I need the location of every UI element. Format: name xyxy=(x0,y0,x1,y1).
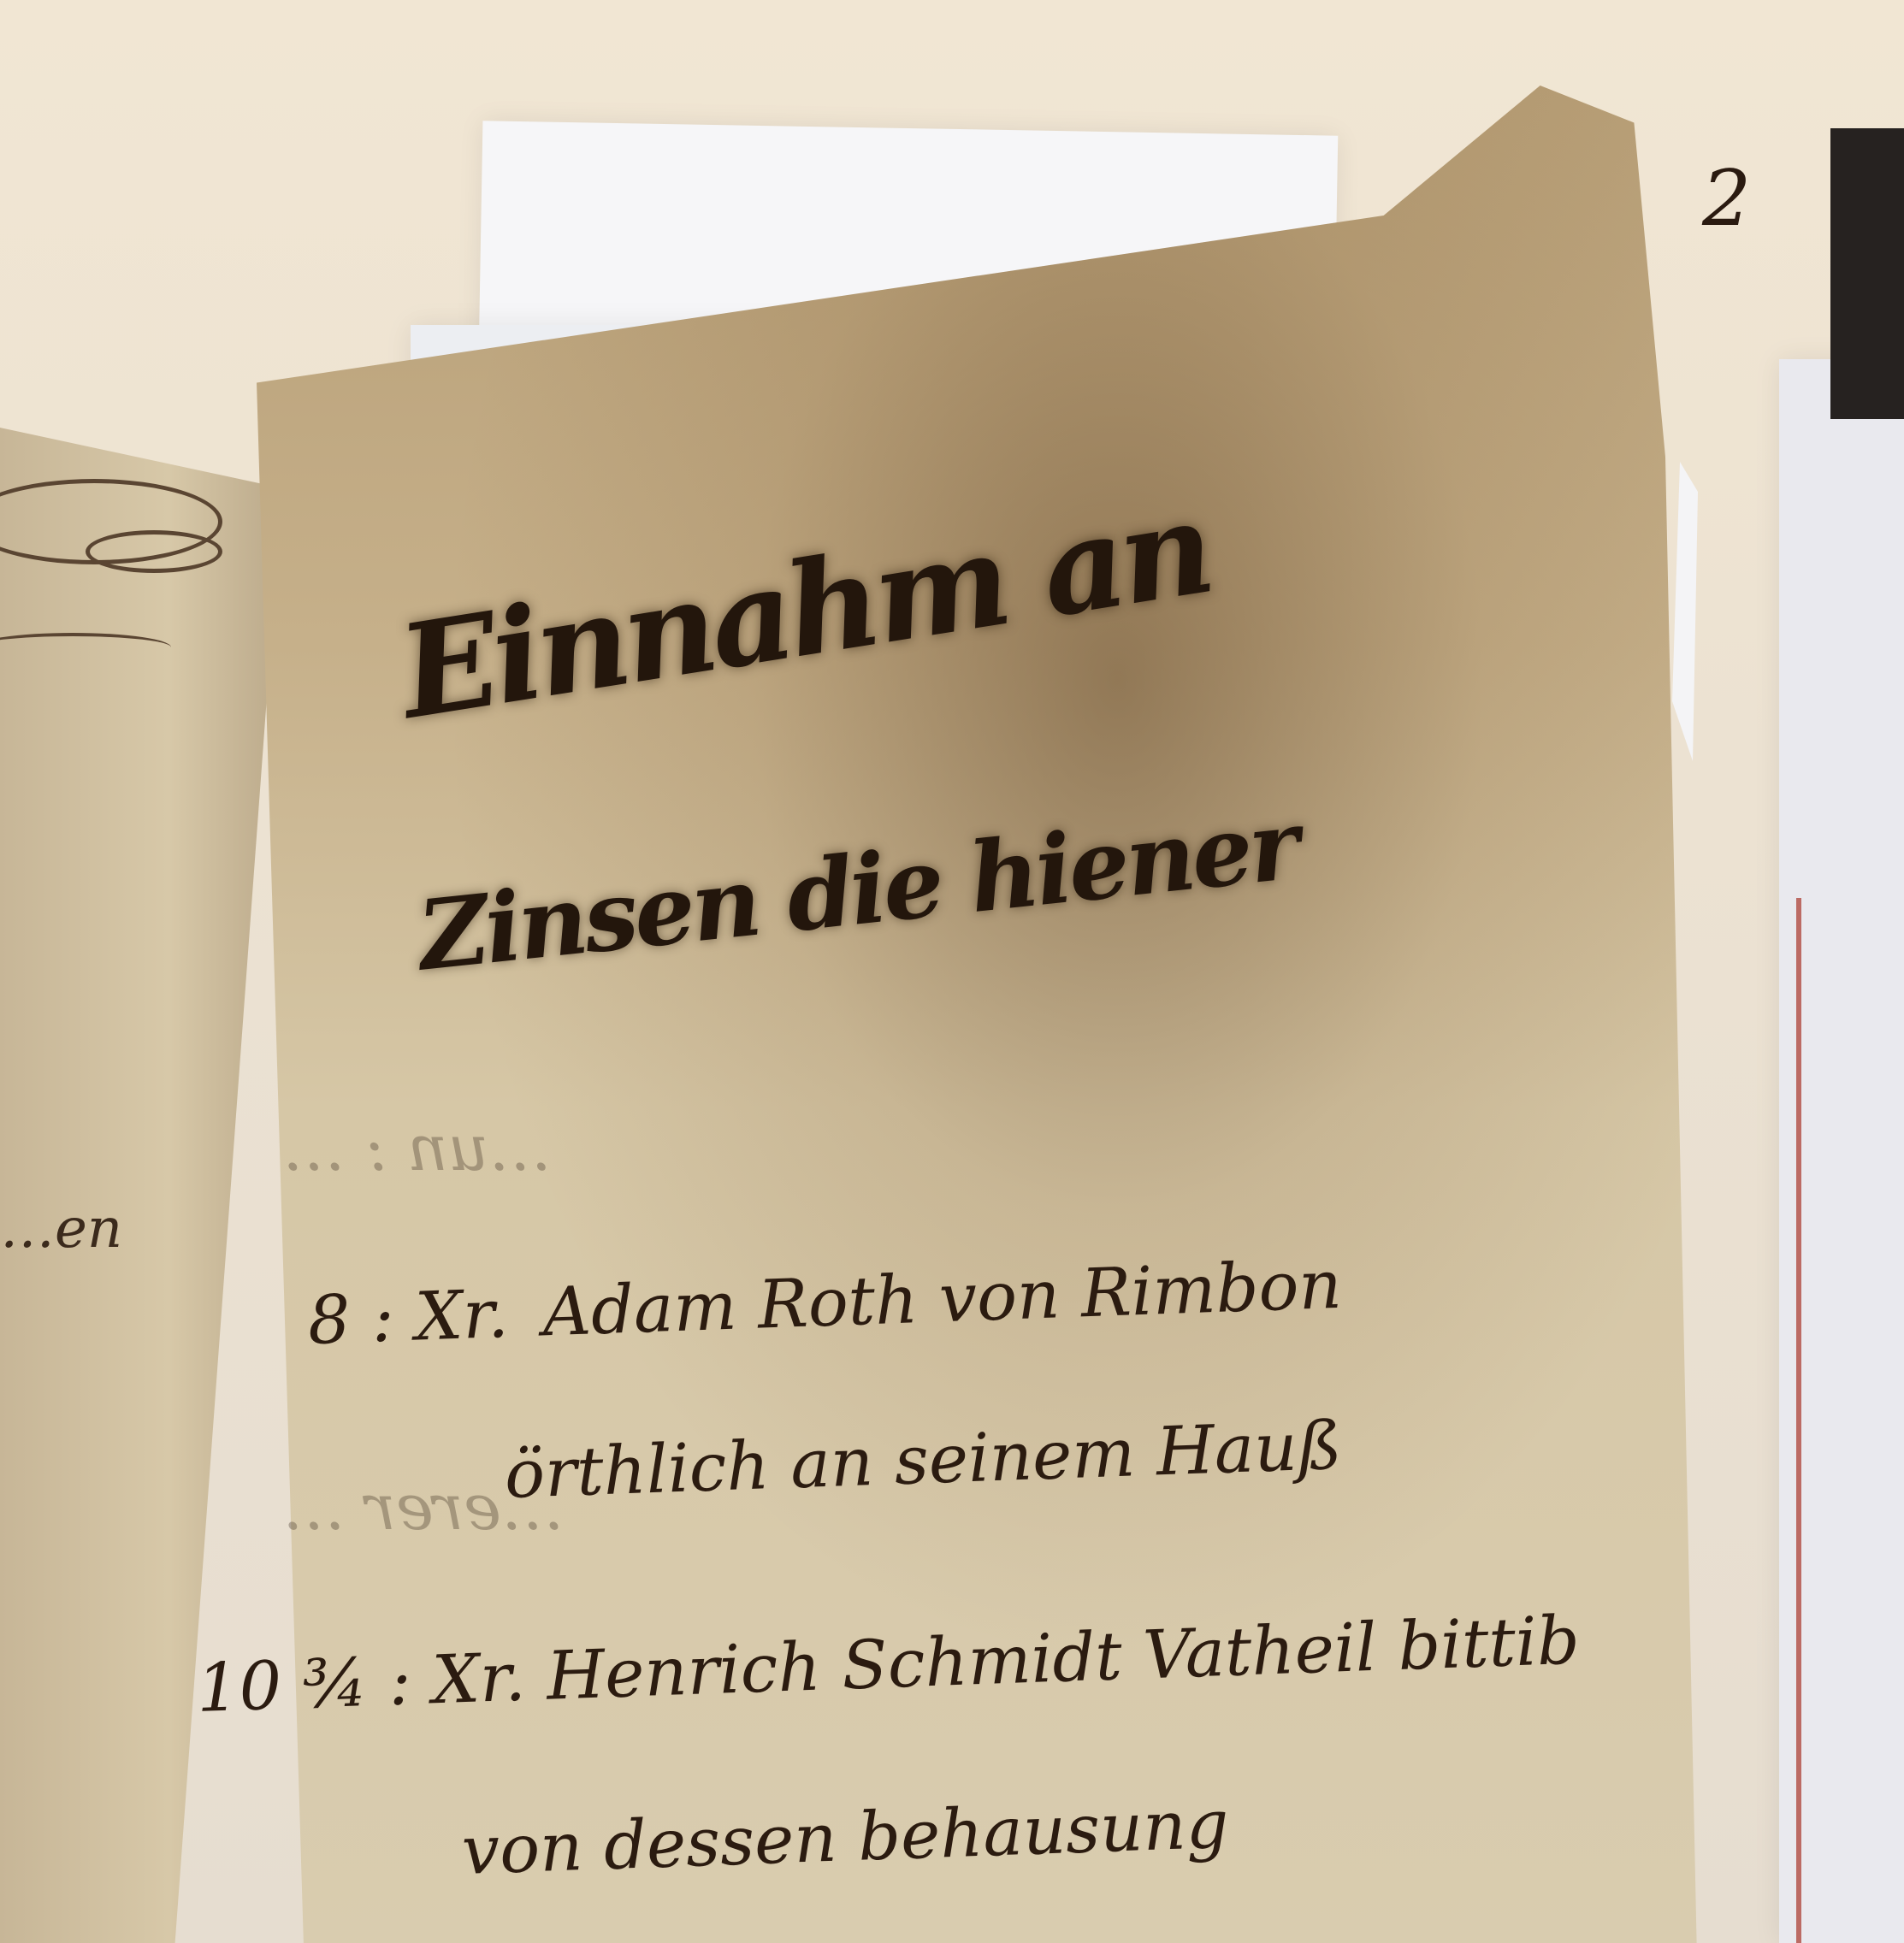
entry-amount: 8 : Xr. xyxy=(306,1275,523,1360)
paper-tear xyxy=(1672,462,1698,761)
ink-flourish xyxy=(86,530,222,573)
ink-flourish xyxy=(0,633,171,662)
entry-amount: 10 ¾ : Xr. xyxy=(195,1639,526,1727)
red-binding-edge xyxy=(1796,898,1801,1943)
left-page-text-fragment: …en xyxy=(0,1197,122,1261)
dark-background xyxy=(1830,128,1904,419)
bleed-through-text: …un : … xyxy=(282,1112,552,1185)
page-number-mark: 2 xyxy=(1702,154,1751,244)
